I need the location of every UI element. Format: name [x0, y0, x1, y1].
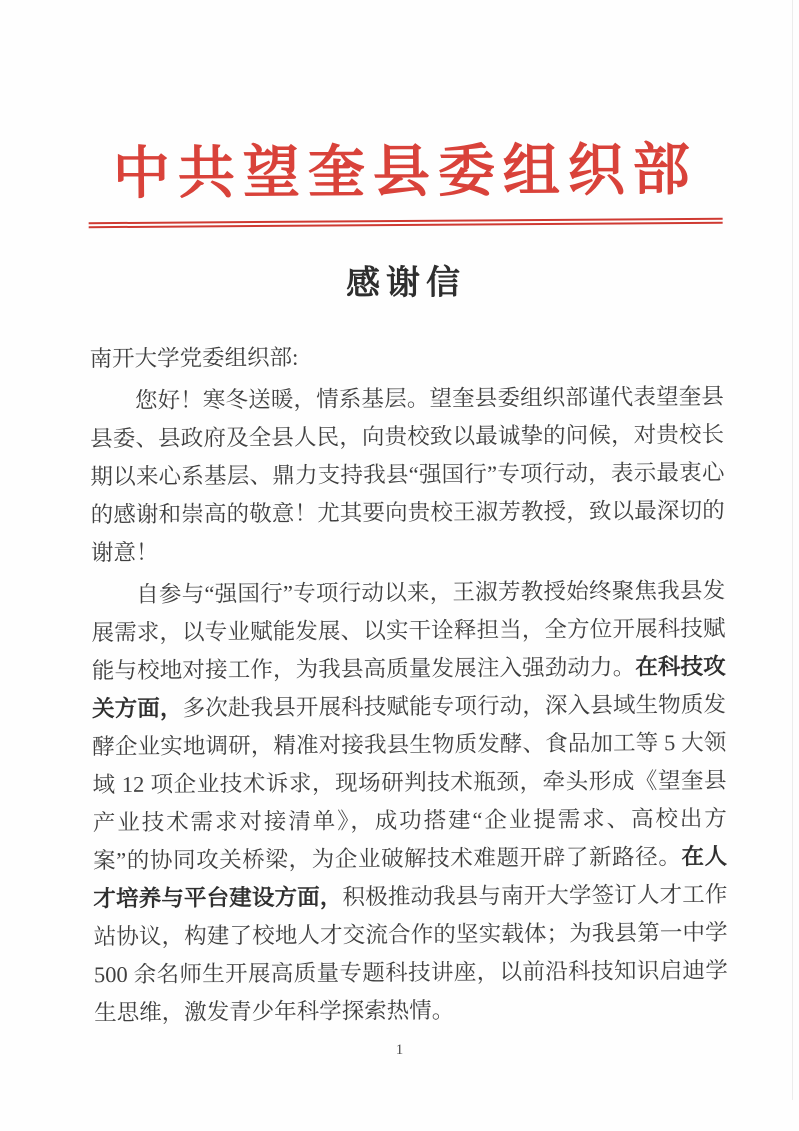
letterhead-double-rule	[89, 218, 723, 228]
paragraph-text: 自参与“强国行”专项行动以来，王淑芳教授始终聚焦我县发展需求，以专业赋能发展、以…	[91, 578, 725, 683]
letter-paragraph: 自参与“强国行”专项行动以来，王淑芳教授始终聚焦我县发展需求，以专业赋能发展、以…	[91, 572, 728, 1032]
scan-edge-artifact	[792, 0, 793, 1100]
letter-content: 中共望奎县委组织部 感谢信 南开大学党委组织部: 您好！寒冬送暖，情系基层。望奎…	[88, 126, 728, 1032]
letter-body: 您好！寒冬送暖，情系基层。望奎县委组织部谨代表望奎县县委、县政府及全县人民，向贵…	[90, 378, 729, 1032]
paragraph-text: 您好！寒冬送暖，情系基层。望奎县委组织部谨代表望奎县县委、县政府及全县人民，向贵…	[90, 384, 725, 565]
salutation: 南开大学党委组织部:	[89, 336, 723, 378]
letter-paragraph: 您好！寒冬送暖，情系基层。望奎县委组织部谨代表望奎县县委、县政府及全县人民，向贵…	[90, 378, 725, 572]
scanned-letter-page: 中共望奎县委组织部 感谢信 南开大学党委组织部: 您好！寒冬送暖，情系基层。望奎…	[0, 0, 799, 1131]
page-number: 1	[0, 1042, 799, 1059]
paragraph-text: 多次赴我县开展科技赋能专项行动，深入县域生物质发酵企业实地调研，精准对接我县生物…	[92, 692, 727, 873]
letter-title: 感谢信	[89, 260, 723, 308]
letterhead-org-name: 中共望奎县委组织部	[88, 134, 723, 212]
